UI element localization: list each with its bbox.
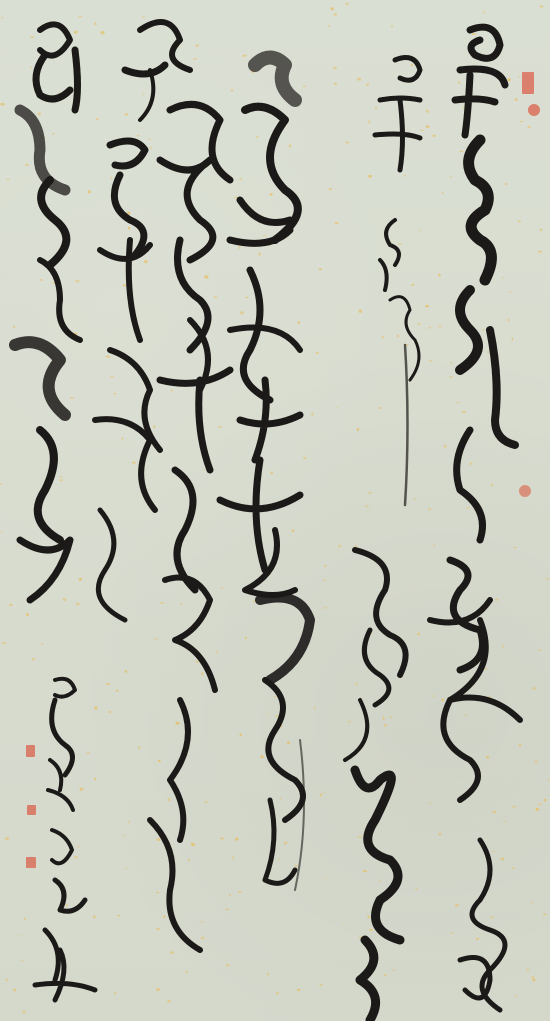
seal-top-right-round bbox=[528, 104, 540, 116]
ink-calligraphy bbox=[0, 0, 550, 1021]
column-1 bbox=[430, 27, 520, 1010]
column-6 bbox=[15, 24, 80, 600]
column-5 bbox=[95, 141, 160, 620]
column-2 bbox=[345, 58, 420, 1020]
column-4 bbox=[150, 104, 230, 950]
seal-left-3 bbox=[26, 857, 36, 868]
signature-column bbox=[35, 679, 95, 1000]
column-3 bbox=[220, 58, 310, 891]
seal-left-1 bbox=[26, 745, 35, 757]
seal-left-2 bbox=[27, 805, 36, 815]
seal-top-right-rect bbox=[522, 72, 534, 94]
calligraphy-scroll bbox=[0, 0, 550, 1021]
seal-mid-right-round bbox=[519, 485, 531, 497]
